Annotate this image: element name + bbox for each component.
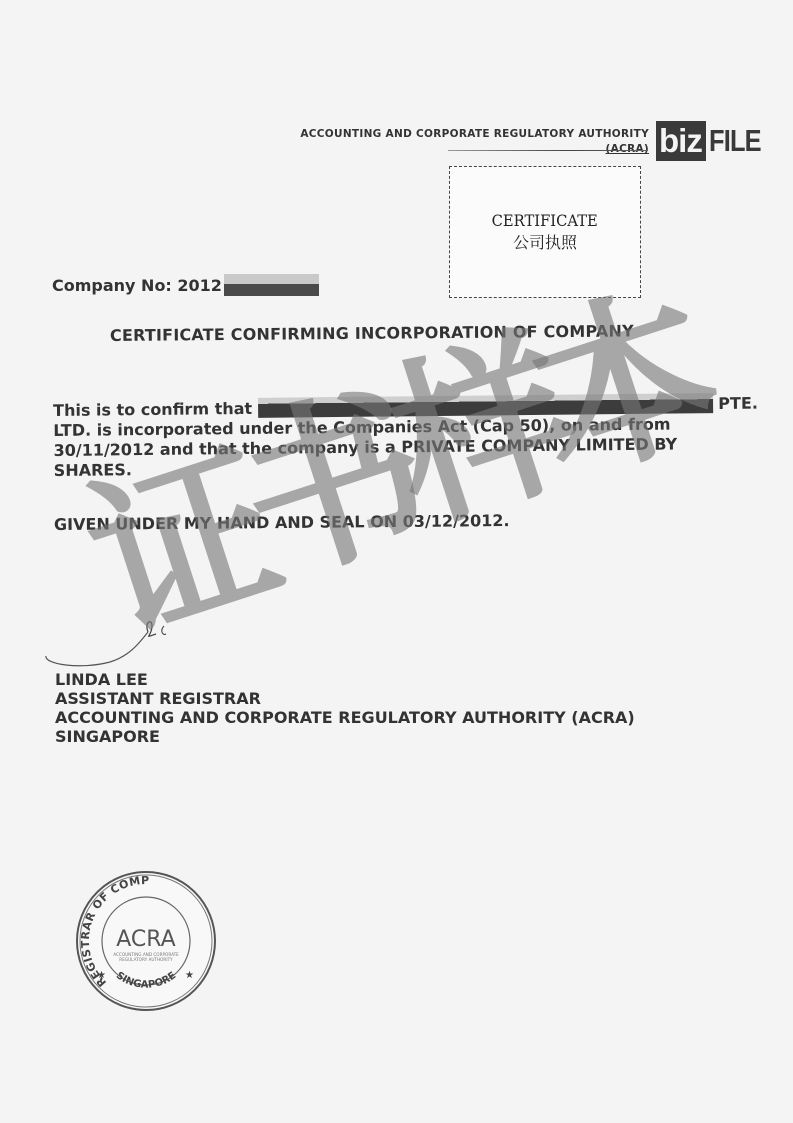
signatory-block: LINDA LEE ASSISTANT REGISTRAR ACCOUNTING… bbox=[55, 670, 635, 746]
certificate-label-box: CERTIFICATE 公司执照 bbox=[449, 166, 641, 298]
signatory-name: LINDA LEE bbox=[55, 670, 635, 689]
line1-prefix: This is to confirm that bbox=[53, 399, 252, 420]
redaction-block bbox=[224, 274, 319, 296]
bizfile-logo: biz FILE bbox=[656, 120, 772, 162]
signatory-organization: ACCOUNTING AND CORPORATE REGULATORY AUTH… bbox=[55, 708, 635, 727]
authority-name: ACCOUNTING AND CORPORATE REGULATORY AUTH… bbox=[287, 127, 649, 142]
certificate-label-en: CERTIFICATE bbox=[492, 210, 598, 232]
header-rule bbox=[448, 150, 648, 151]
seal-star-icon-right: ★ bbox=[185, 970, 194, 981]
document-title: CERTIFICATE CONFIRMING INCORPORATION OF … bbox=[110, 321, 670, 345]
acra-seal: REGISTRAR OF COMPANIES & BUSINESSES SING… bbox=[75, 870, 217, 1012]
signature bbox=[40, 612, 200, 672]
certificate-page: ACCOUNTING AND CORPORATE REGULATORY AUTH… bbox=[0, 0, 793, 1123]
signatory-position: ASSISTANT REGISTRAR bbox=[55, 689, 635, 708]
issuing-authority: ACCOUNTING AND CORPORATE REGULATORY AUTH… bbox=[287, 127, 649, 157]
confirmation-paragraph: This is to confirm that PTE. LTD. is inc… bbox=[53, 393, 734, 481]
given-statement: GIVEN UNDER MY HAND AND SEAL ON 03/12/20… bbox=[54, 511, 510, 534]
seal-acra-logo: ACRA bbox=[116, 927, 175, 952]
signatory-country: SINGAPORE bbox=[55, 727, 635, 746]
bizfile-logo-file: FILE bbox=[709, 121, 761, 161]
seal-sub-2: REGULATORY AUTHORITY bbox=[119, 957, 173, 962]
company-number: Company No: 2012 bbox=[52, 274, 319, 296]
certificate-label-zh: 公司执照 bbox=[513, 232, 577, 254]
company-number-value: 2012 bbox=[177, 276, 222, 295]
bizfile-logo-biz: biz bbox=[656, 121, 706, 161]
line1-suffix: PTE. bbox=[718, 394, 758, 413]
company-number-label: Company No: bbox=[52, 276, 172, 295]
seal-star-icon-left: ★ bbox=[97, 970, 106, 981]
